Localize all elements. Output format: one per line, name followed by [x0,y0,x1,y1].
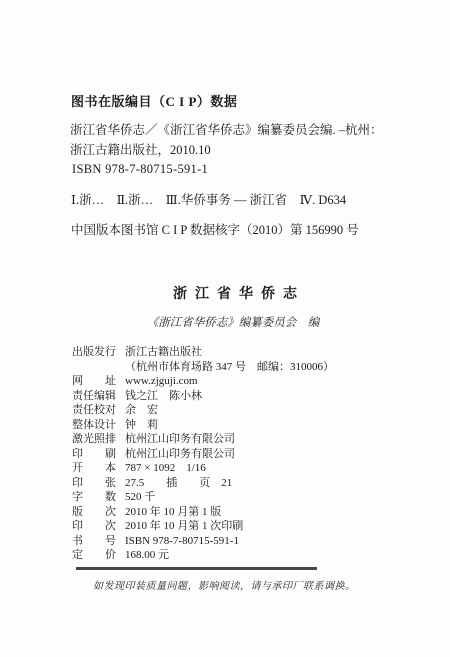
colophon-row-sheets: 印 张 27.5 插 页 21 [72,476,334,491]
colophon-label: 责任校对 [72,403,116,418]
colophon-value: 浙江古籍出版社 [125,345,202,360]
colophon-label: 出版发行 [72,345,116,360]
colophon-value: 杭州江山印务有限公司 [125,432,235,447]
colophon-label: 印 张 [72,476,116,491]
colophon-row-printer: 印 刷 杭州江山印务有限公司 [72,447,334,462]
colophon-label: 版 次 [72,505,116,520]
colophon-row-publisher: 出版发行 浙江古籍出版社 [72,345,334,360]
quality-notice-text: 如发现印装质量问题，影响阅读，请与承印厂联系调换。 [93,577,356,592]
cip-description-line-2: 浙江古籍出版社，2010.10 [70,140,211,158]
colophon-value: 2010 年 10 月第 1 版 [125,505,221,520]
colophon: 出版发行 浙江古籍出版社 （杭州市体育场路 347 号 邮编：310006） 网… [72,345,334,563]
colophon-row-designer: 整体设计 钟 莉 [72,418,334,433]
colophon-value: 520 千 [125,490,155,505]
colophon-label: 开 本 [72,461,116,476]
colophon-value: 168.00 元 [125,548,169,563]
cip-header: 图书在版编目（C I P）数据 [71,91,237,110]
colophon-value: 余 宏 [125,403,158,418]
classification-line: Ⅰ.浙… Ⅱ.浙… Ⅲ.华侨事务 — 浙江省 Ⅳ. D634 [71,190,346,208]
cip-record-number-line: 中国版本图书馆 C I P 数据核字（2010）第 156990 号 [71,220,359,238]
colophon-value: 787 × 1092 1/16 [125,461,206,476]
isbn-line: ISBN 978-7-80715-591-1 [72,162,208,177]
colophon-value: 27.5 插 页 21 [125,476,232,491]
book-title: 浙江省华侨志 [14,283,450,303]
colophon-row-wordcount: 字 数 520 千 [72,490,334,505]
colophon-value: www.zjguji.com [125,374,198,389]
notice-divider-rule [76,567,317,570]
colophon-label: 定 价 [72,548,116,563]
book-editor-credit: 《浙江省华侨志》编纂委员会 编 [8,314,450,330]
copyright-page: 图书在版编目（C I P）数据 浙江省华侨志／《浙江省华侨志》编纂委员会编. –… [0,0,450,657]
colophon-row-format: 开 本 787 × 1092 1/16 [72,461,334,476]
colophon-value: 杭州江山印务有限公司 [125,447,235,462]
colophon-row-printing: 印 次 2010 年 10 月第 1 次印刷 [72,519,334,534]
colophon-label: 网 址 [72,374,116,389]
colophon-row-proofreader: 责任校对 余 宏 [72,403,334,418]
colophon-row-address: （杭州市体育场路 347 号 邮编：310006） [72,360,334,375]
colophon-value: 2010 年 10 月第 1 次印刷 [125,519,243,534]
colophon-row-price: 定 价 168.00 元 [72,548,334,563]
colophon-row-editor: 责任编辑 钱之江 陈小林 [72,389,334,404]
colophon-label: 印 刷 [72,447,116,462]
colophon-row-book-number: 书 号 ISBN 978-7-80715-591-1 [72,534,334,549]
colophon-row-typesetting: 激光照排 杭州江山印务有限公司 [72,432,334,447]
colophon-label: 字 数 [72,490,116,505]
colophon-value: ISBN 978-7-80715-591-1 [125,534,239,549]
colophon-value: （杭州市体育场路 347 号 邮编：310006） [125,360,334,375]
colophon-row-edition: 版 次 2010 年 10 月第 1 版 [72,505,334,520]
cip-description-line-1: 浙江省华侨志／《浙江省华侨志》编纂委员会编. –杭州： [70,120,383,138]
colophon-label: 整体设计 [72,418,116,433]
colophon-row-website: 网 址 www.zjguji.com [72,374,334,389]
colophon-value: 钟 莉 [125,418,158,433]
colophon-label: 责任编辑 [72,389,116,404]
colophon-label: 书 号 [72,534,116,549]
colophon-value: 钱之江 陈小林 [125,389,202,404]
colophon-label: 印 次 [72,519,116,534]
colophon-label: 激光照排 [72,432,116,447]
